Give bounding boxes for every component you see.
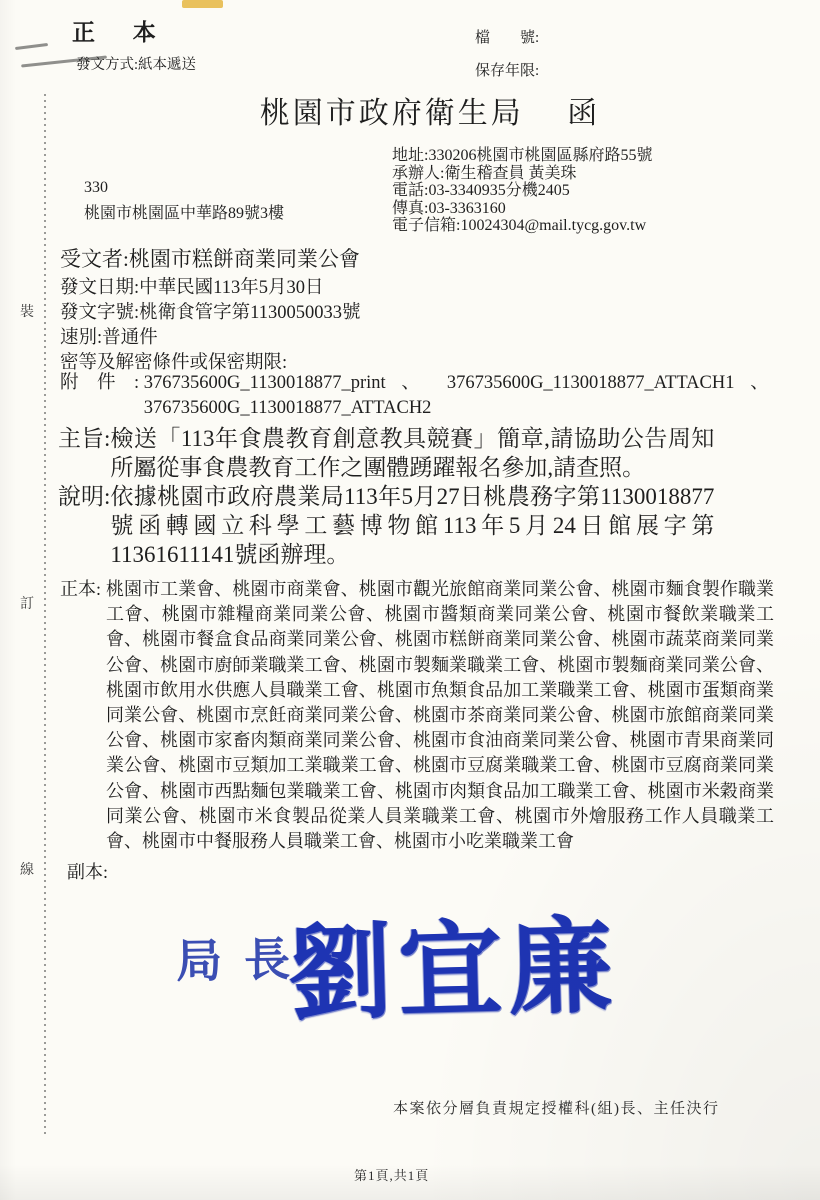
- subject-label: 主旨:: [58, 424, 110, 482]
- file-number-label: 檔 號:: [475, 26, 539, 47]
- attachment-row: 附 件 : 376735600G_1130018877_print 、 3767…: [60, 371, 769, 421]
- binding-dotted-line: [44, 94, 46, 1135]
- original-recipients-label: 正本:: [60, 577, 106, 854]
- original-recipients-paragraph: 正本: 桃園市工業會、桃園市商業會、桃園市觀光旅館商業同業公會、桃園市麵食製作職…: [60, 577, 774, 854]
- attachment-filenames: 376735600G_1130018877_print 、 376735600G…: [144, 371, 769, 421]
- scanned-official-letter: 裝 訂 線 正 本 發文方式:紙本遞送 檔 號: 保存年限: 桃園市政府衛生局 …: [0, 0, 820, 1200]
- agency-phone: 電話:03-3340935分機2405: [392, 182, 652, 200]
- original-recipients-list: 桃園市工業會、桃園市商業會、桃園市觀光旅館商業同業公會、桃園市麵食製作職業工會、…: [106, 577, 774, 854]
- delivery-method: 發文方式:紙本遞送: [76, 53, 196, 74]
- binding-mark-xian: 線: [20, 857, 34, 881]
- recipient-street-address: 桃園市桃園區中華路89號3樓: [84, 200, 284, 223]
- description-label: 說明:: [58, 482, 110, 569]
- recipient-zip: 330: [84, 179, 108, 197]
- subject-text: 檢送「113年食農教育創意教具競賽」簡章,請協助公告周知所屬從事食農教育工作之團…: [110, 424, 714, 482]
- agency-email: 電子信箱:10024304@mail.tycg.gov.tw: [392, 217, 652, 235]
- binding-mark-zhuang: 裝: [20, 299, 34, 323]
- issue-number: 發文字號:桃衛食管字第1130050033號: [60, 301, 360, 326]
- copy-recipients-label: 副本:: [67, 858, 108, 884]
- description-text: 依據桃園市政府農業局113年5月27日桃農務字第1130018877號函轉國立科…: [110, 482, 714, 569]
- description-paragraph: 說明: 依據桃園市政府農業局113年5月27日桃農務字第1130018877號函…: [58, 482, 714, 569]
- attachment-label: 附 件 :: [60, 371, 144, 421]
- director-name-stamp: 劉宜廉: [286, 882, 620, 1041]
- recipient-line: 受文者:桃園市糕餅商業同業公會: [60, 243, 360, 273]
- subject-paragraph: 主旨: 檢送「113年食農教育創意教具競賽」簡章,請協助公告周知所屬從事食農教育…: [58, 424, 714, 482]
- pencil-mark: [15, 43, 48, 50]
- agency-fax: 傳真:03-3363160: [392, 200, 652, 218]
- authorization-note: 本案依分層負責規定授權科(組)長、主任決行: [393, 1097, 720, 1118]
- letter-meta-block: 發文日期:中華民國113年5月30日 發文字號:桃衛食管字第1130050033…: [60, 276, 360, 376]
- issue-date: 發文日期:中華民國113年5月30日: [60, 276, 360, 301]
- binding-mark-ding: 訂: [20, 591, 34, 615]
- agency-address: 地址:330206桃園市桃園區縣府路55號: [392, 147, 652, 165]
- speed-class: 速別:普通件: [60, 326, 360, 351]
- retention-period-label: 保存年限:: [475, 59, 539, 80]
- page-number: 第1頁,共1頁: [354, 1165, 429, 1184]
- agency-contact-person: 承辦人:衛生稽查員 黃美珠: [392, 165, 652, 183]
- document-title: 桃園市政府衛生局 函: [0, 88, 820, 132]
- agency-contact-block: 地址:330206桃園市桃園區縣府路55號 承辦人:衛生稽查員 黃美珠 電話:0…: [392, 147, 652, 235]
- copy-type-label: 正 本: [72, 14, 172, 47]
- highlight-smudge: [182, 0, 223, 8]
